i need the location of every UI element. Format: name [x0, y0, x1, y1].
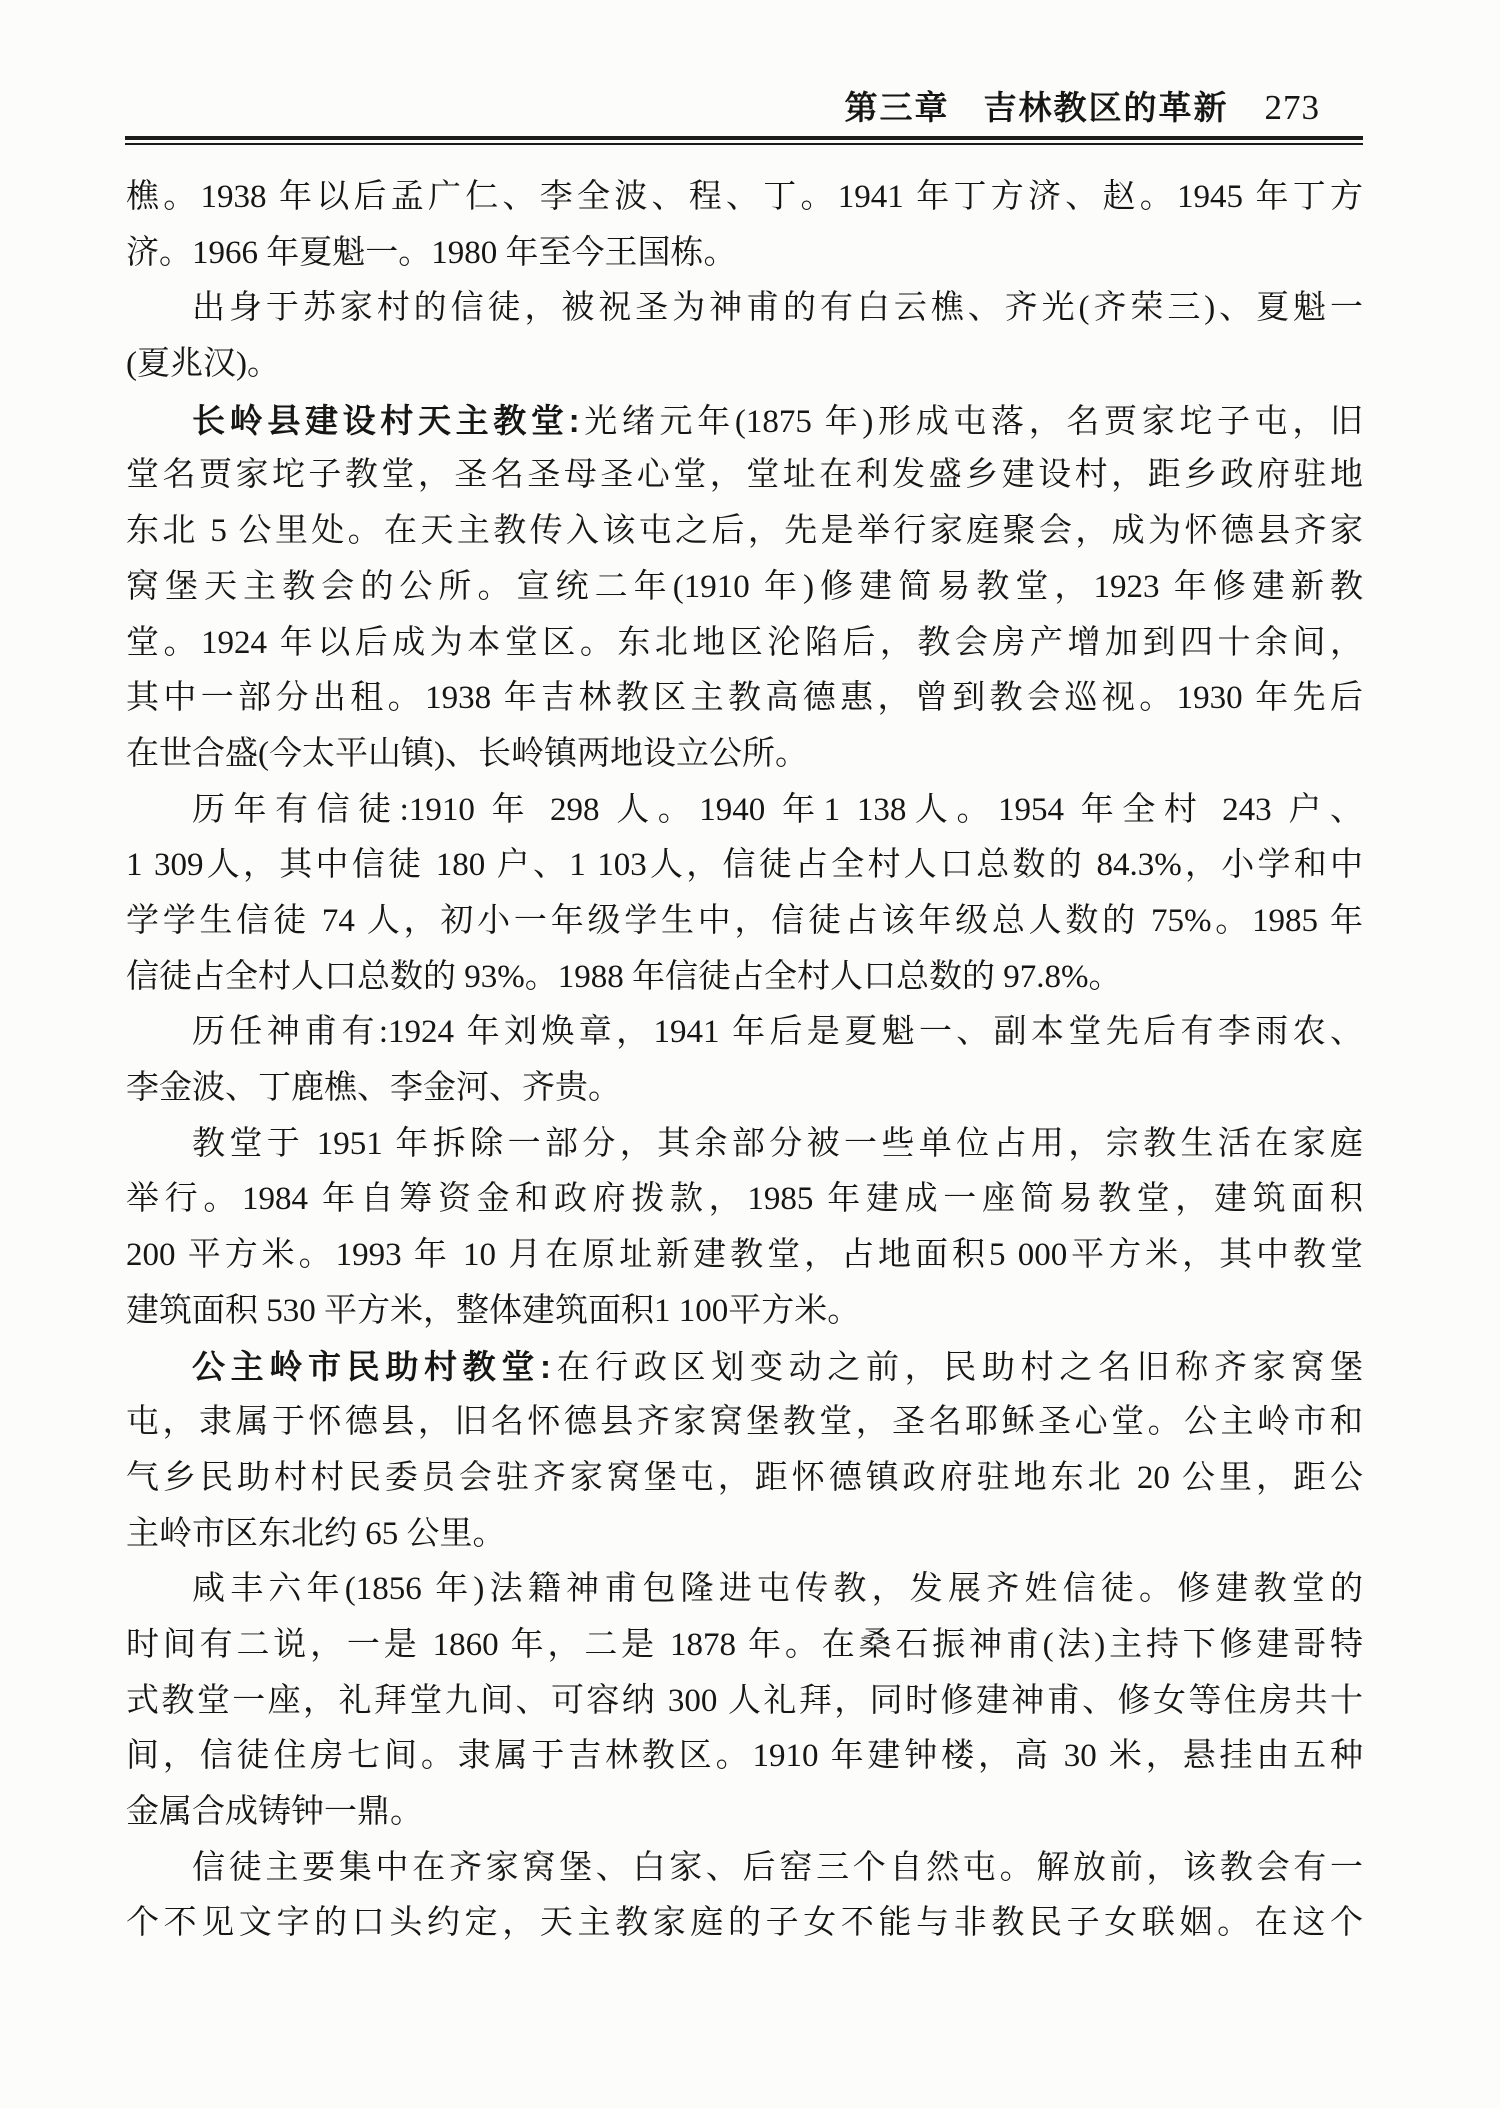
text-line: 间，信徒住房七间。隶属于吉林教区。1910 年建钟楼，高 30 米，悬挂由五种	[126, 1729, 1363, 1785]
line-text: (夏兆汉)。	[126, 346, 280, 382]
paragraph-heading: 公主岭市民助村教堂:	[192, 1348, 551, 1385]
line-text: 信徒主要集中在齐家窝堡、白家、后窑三个自然屯。解放前，该教会有一	[192, 1850, 1363, 1886]
text-line: 窝堡天主教会的公所。宣统二年(1910 年)修建简易教堂，1923 年修建新教	[126, 560, 1363, 616]
text-line: 公主岭市民助村教堂:在行政区划变动之前，民助村之名旧称齐家窝堡	[126, 1339, 1363, 1395]
text-line: 气乡民助村村民委员会驻齐家窝堡屯，距怀德镇政府驻地东北 20 公里，距公	[126, 1451, 1363, 1507]
text-line: 1 309人，其中信徒 180 户、1 103人，信徒占全村人口总数的 84.3…	[126, 838, 1363, 894]
text-line: 堂名贾家坨子教堂，圣名圣母圣心堂，堂址在利发盛乡建设村，距乡政府驻地	[126, 448, 1363, 504]
text-line: 金属合成铸钟一鼎。	[126, 1785, 1363, 1841]
header-rule	[125, 136, 1363, 145]
text-line: 咸丰六年(1856 年)法籍神甫包隆进屯传教，发展齐姓信徒。修建教堂的	[126, 1562, 1363, 1618]
line-text: 其中一部分出租。1938 年吉林教区主教高德惠，曾到教会巡视。1930 年先后	[126, 680, 1363, 716]
line-text: 建筑面积 530 平方米，整体建筑面积1 100平方米。	[126, 1293, 860, 1329]
text-line: 东北 5 公里处。在天主教传入该屯之后，先是举行家庭聚会，成为怀德县齐家	[126, 504, 1363, 560]
line-text: 金属合成铸钟一鼎。	[126, 1794, 423, 1830]
line-text: 堂名贾家坨子教堂，圣名圣母圣心堂，堂址在利发盛乡建设村，距乡政府驻地	[126, 457, 1363, 493]
line-text: 在世合盛(今太平山镇)、长岭镇两地设立公所。	[126, 736, 808, 772]
line-text: 间，信徒住房七间。隶属于吉林教区。1910 年建钟楼，高 30 米，悬挂由五种	[126, 1738, 1363, 1774]
line-text: 窝堡天主教会的公所。宣统二年(1910 年)修建简易教堂，1923 年修建新教	[126, 569, 1363, 605]
text-line: 出身于苏家村的信徒，被祝圣为神甫的有白云樵、齐光(齐荣三)、夏魁一	[126, 281, 1363, 337]
line-text: 信徒占全村人口总数的 93%。1988 年信徒占全村人口总数的 97.8%。	[126, 959, 1121, 995]
text-line: 200 平方米。1993 年 10 月在原址新建教堂，占地面积5 000平方米，…	[126, 1228, 1363, 1284]
page-number: 273	[1265, 88, 1321, 128]
line-text: 200 平方米。1993 年 10 月在原址新建教堂，占地面积5 000平方米，…	[126, 1237, 1363, 1273]
line-text: 时间有二说，一是 1860 年，二是 1878 年。在桑石振神甫(法)主持下修建…	[126, 1627, 1363, 1663]
line-text: 李金波、丁鹿樵、李金河、齐贵。	[126, 1070, 621, 1106]
line-text: 济。1966 年夏魁一。1980 年至今王国栋。	[126, 235, 737, 271]
line-text: 个不见文字的口头约定，天主教家庭的子女不能与非教民子女联姻。在这个	[126, 1905, 1363, 1941]
text-line: 堂。1924 年以后成为本堂区。东北地区沦陷后，教会房产增加到四十余间，	[126, 616, 1363, 672]
line-text: 1 309人，其中信徒 180 户、1 103人，信徒占全村人口总数的 84.3…	[126, 847, 1363, 883]
text-line: 屯，隶属于怀德县，旧名怀德县齐家窝堡教堂，圣名耶稣圣心堂。公主岭市和	[126, 1395, 1363, 1451]
line-text: 屯，隶属于怀德县，旧名怀德县齐家窝堡教堂，圣名耶稣圣心堂。公主岭市和	[126, 1404, 1363, 1440]
text-line: 个不见文字的口头约定，天主教家庭的子女不能与非教民子女联姻。在这个	[126, 1896, 1363, 1952]
text-line: 李金波、丁鹿樵、李金河、齐贵。	[126, 1061, 1363, 1117]
text-line: 长岭县建设村天主教堂:光绪元年(1875 年)形成屯落，名贾家坨子屯，旧	[126, 393, 1363, 449]
text-line: 主岭市区东北约 65 公里。	[126, 1507, 1363, 1563]
line-text: 气乡民助村村民委员会驻齐家窝堡屯，距怀德镇政府驻地东北 20 公里，距公	[126, 1460, 1363, 1496]
line-text: 学学生信徒 74 人，初小一年级学生中，信徒占该年级总人数的 75%。1985 …	[126, 903, 1363, 939]
chapter-number: 第三章	[845, 82, 950, 129]
line-text: 式教堂一座，礼拜堂九间、可容纳 300 人礼拜，同时修建神甫、修女等住房共十	[126, 1683, 1363, 1719]
line-text: 历年有信徒:1910 年 298 人。1940 年1 138人。1954 年全村…	[192, 792, 1363, 828]
line-text: 在行政区划变动之前，民助村之名旧称齐家窝堡	[551, 1350, 1363, 1386]
text-line: 信徒主要集中在齐家窝堡、白家、后窑三个自然屯。解放前，该教会有一	[126, 1841, 1363, 1897]
rule-thin-line	[125, 143, 1363, 145]
page-header: 第三章 吉林教区的革新 273	[845, 82, 1321, 129]
line-text: 历任神甫有:1924 年刘焕章，1941 年后是夏魁一、副本堂先后有李雨农、	[192, 1014, 1363, 1050]
text-line: 时间有二说，一是 1860 年，二是 1878 年。在桑石振神甫(法)主持下修建…	[126, 1618, 1363, 1674]
text-line: 建筑面积 530 平方米，整体建筑面积1 100平方米。	[126, 1284, 1363, 1340]
text-line: 济。1966 年夏魁一。1980 年至今王国栋。	[126, 226, 1363, 282]
text-line: 信徒占全村人口总数的 93%。1988 年信徒占全村人口总数的 97.8%。	[126, 950, 1363, 1006]
text-line: 举行。1984 年自筹资金和政府拨款，1985 年建成一座简易教堂，建筑面积	[126, 1172, 1363, 1228]
text-line: 式教堂一座，礼拜堂九间、可容纳 300 人礼拜，同时修建神甫、修女等住房共十	[126, 1674, 1363, 1730]
chapter-title: 吉林教区的革新	[984, 82, 1229, 129]
line-text: 主岭市区东北约 65 公里。	[126, 1516, 506, 1552]
text-block: 樵。1938 年以后孟广仁、李全波、程、丁。1941 年丁方济、赵。1945 年…	[126, 170, 1363, 1952]
line-text: 东北 5 公里处。在天主教传入该屯之后，先是举行家庭聚会，成为怀德县齐家	[126, 513, 1363, 549]
line-text: 咸丰六年(1856 年)法籍神甫包隆进屯传教，发展齐姓信徒。修建教堂的	[192, 1571, 1363, 1607]
text-line: 历年有信徒:1910 年 298 人。1940 年1 138人。1954 年全村…	[126, 783, 1363, 839]
text-line: 在世合盛(今太平山镇)、长岭镇两地设立公所。	[126, 727, 1363, 783]
paragraph-heading: 长岭县建设村天主教堂:	[192, 402, 580, 439]
line-text: 举行。1984 年自筹资金和政府拨款，1985 年建成一座简易教堂，建筑面积	[126, 1181, 1363, 1217]
rule-thick-line	[125, 136, 1363, 140]
text-line: 其中一部分出租。1938 年吉林教区主教高德惠，曾到教会巡视。1930 年先后	[126, 671, 1363, 727]
line-text: 樵。1938 年以后孟广仁、李全波、程、丁。1941 年丁方济、赵。1945 年…	[126, 179, 1363, 215]
text-line: 历任神甫有:1924 年刘焕章，1941 年后是夏魁一、副本堂先后有李雨农、	[126, 1005, 1363, 1061]
line-text: 出身于苏家村的信徒，被祝圣为神甫的有白云樵、齐光(齐荣三)、夏魁一	[192, 290, 1363, 326]
book-page: 第三章 吉林教区的革新 273 樵。1938 年以后孟广仁、李全波、程、丁。19…	[0, 0, 1500, 2108]
line-text: 光绪元年(1875 年)形成屯落，名贾家坨子屯，旧	[580, 404, 1363, 440]
text-line: (夏兆汉)。	[126, 337, 1363, 393]
text-line: 教堂于 1951 年拆除一部分，其余部分被一些单位占用，宗教生活在家庭	[126, 1117, 1363, 1173]
line-text: 教堂于 1951 年拆除一部分，其余部分被一些单位占用，宗教生活在家庭	[192, 1126, 1363, 1162]
line-text: 堂。1924 年以后成为本堂区。东北地区沦陷后，教会房产增加到四十余间，	[126, 625, 1363, 661]
text-line: 学学生信徒 74 人，初小一年级学生中，信徒占该年级总人数的 75%。1985 …	[126, 894, 1363, 950]
text-line: 樵。1938 年以后孟广仁、李全波、程、丁。1941 年丁方济、赵。1945 年…	[126, 170, 1363, 226]
